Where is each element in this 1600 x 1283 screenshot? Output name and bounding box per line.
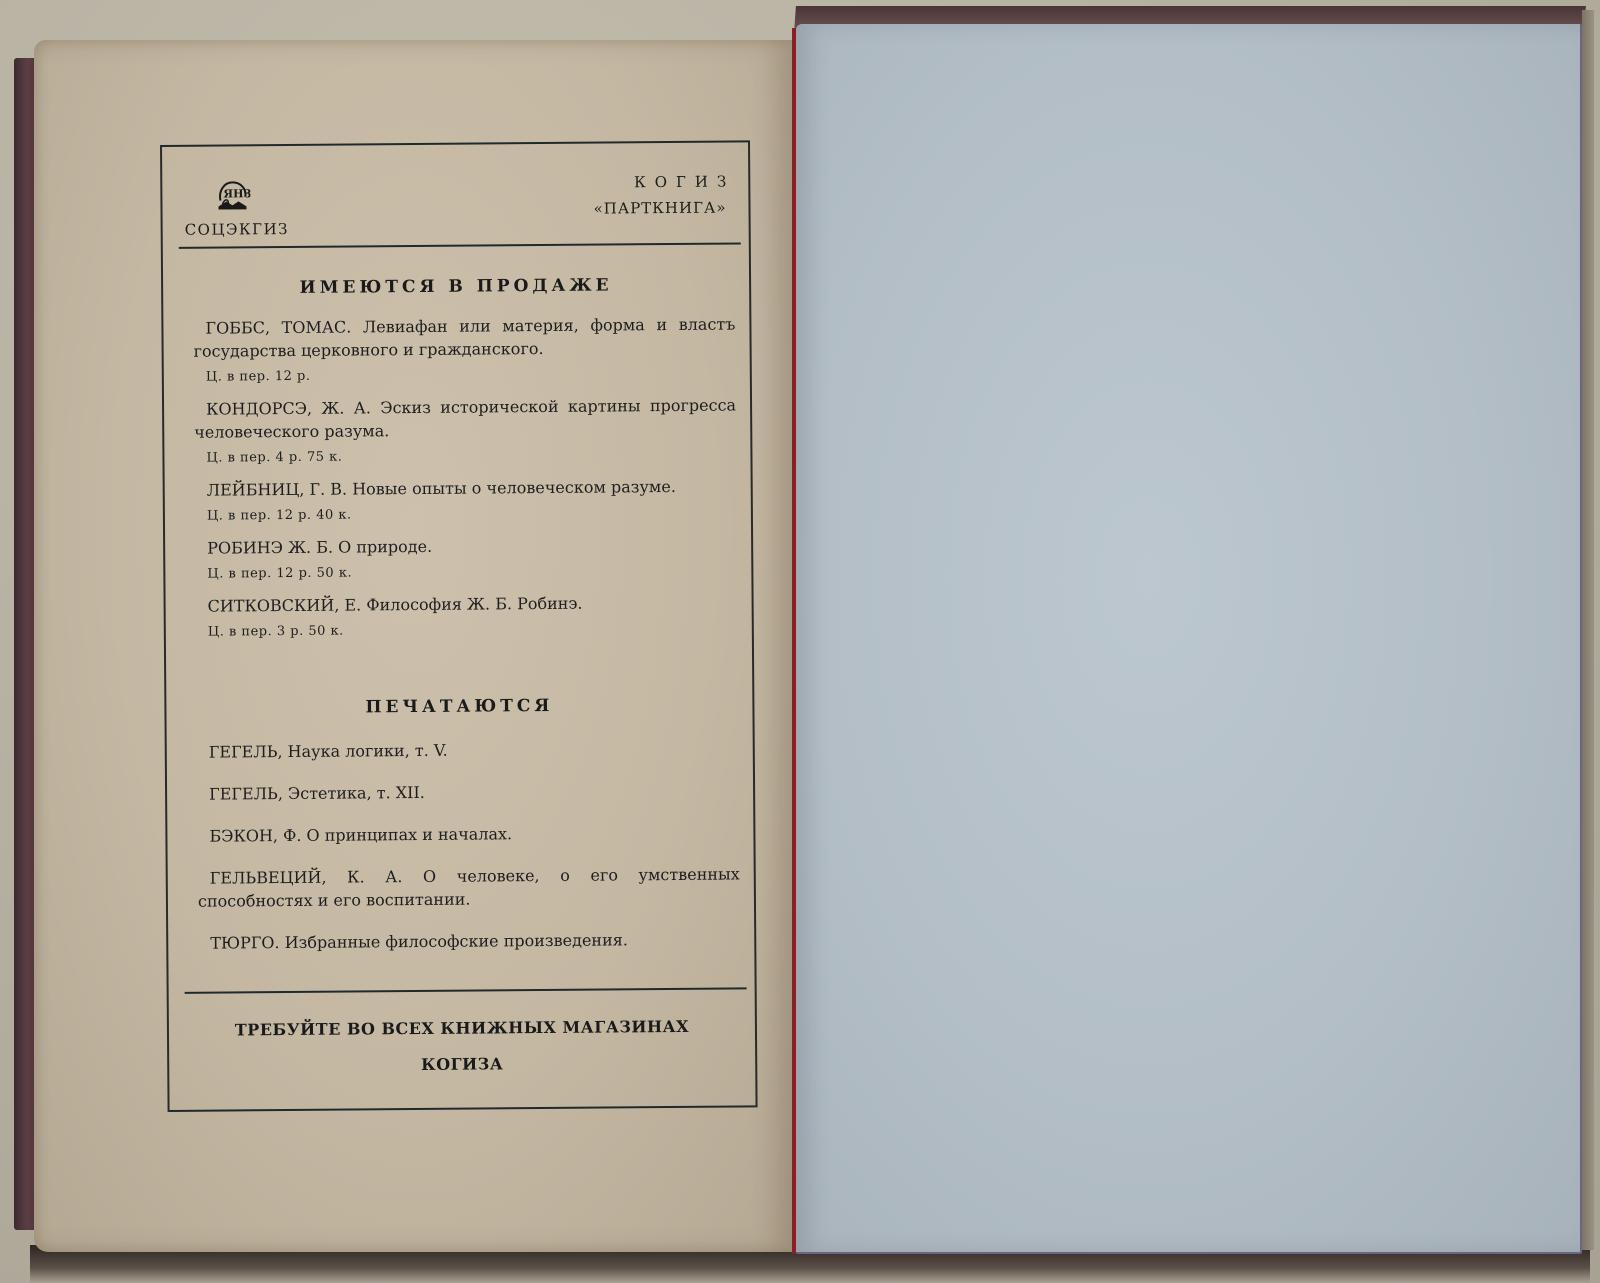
book-entry-title: ЛЕЙБНИЦ, Г. В. Новые опыты о человеческо… [195,474,737,501]
book-entry: ЛЕЙБНИЦ, Г. В. Новые опыты о человеческо… [195,474,737,523]
book-entry-title: СИТКОВСКИЙ, Е. Философия Ж. Б. Робинэ. [196,590,738,617]
frame-bottom-rule [170,1105,756,1112]
book-entry: ТЮРГО. Избранные философские произведени… [198,927,740,954]
book-entry-title: БЭКОН, Ф. О принципах и началах. [197,820,739,847]
svg-text:ЯНЗ: ЯНЗ [223,187,250,200]
book-entry-title: РОБИНЭ Ж. Б. О природе. [195,532,737,559]
footer-slogan: ТРЕБУЙТЕ ВО ВСЕХ КНИЖНЫХ МАГАЗИНАХ [169,1016,755,1040]
book-entry-price: Ц. в пер. 12 р. [206,365,736,384]
book-entry-price: Ц. в пер. 12 р. 40 к. [207,504,737,523]
book-entry: СИТКОВСКИЙ, Е. Философия Ж. Б. Робинэ. Ц… [196,590,738,639]
publisher-left-block: ЯНЗ СОЦЭКГИЗ [184,178,280,239]
book-entry: ГОББС, ТОМАС. Левиафан или материя, форм… [193,312,736,384]
in-stock-list: ГОББС, ТОМАС. Левиафан или материя, форм… [193,312,738,652]
book-entry-title: ГОББС, ТОМАС. Левиафан или материя, форм… [193,312,735,362]
footer-top-rule [185,987,747,993]
book-entry-title: ТЮРГО. Избранные философские произведени… [198,927,740,954]
publisher-name-kogiz: КОГИЗ [593,172,735,191]
book-entry-price: Ц. в пер. 3 р. 50 к. [208,620,738,639]
book-entry: БЭКОН, Ф. О принципах и началах. [197,820,739,847]
right-page-blank [796,24,1582,1254]
section-title-in-stock: ИМЕЮТСЯ В ПРОДАЖЕ [163,274,749,299]
book-entry: ГЕГЕЛЬ, Эстетика, т. XII. [197,778,739,805]
publisher-advertisement-frame: ЯНЗ СОЦЭКГИЗ КОГИЗ «ПАРТКНИГА» ИМЕЮТСЯ В… [160,140,758,1112]
in-print-list: ГЕГЕЛЬ, Наука логики, т. V. ГЕГЕЛЬ, Эсте… [197,736,741,967]
footer-kogiza: КОГИЗА [169,1052,755,1076]
book-entry: РОБИНЭ Ж. Б. О природе. Ц. в пер. 12 р. … [195,532,737,581]
publisher-right-block: КОГИЗ «ПАРТКНИГА» [593,173,726,218]
book-entry-price: Ц. в пер. 4 р. 75 к. [206,446,736,465]
publisher-name-socekgiz: СОЦЭКГИЗ [185,220,281,239]
left-page: ЯНЗ СОЦЭКГИЗ КОГИЗ «ПАРТКНИГА» ИМЕЮТСЯ В… [34,40,794,1252]
book-entry: ГЕЛЬВЕЦИЙ, К. А. О человеке, о его умств… [198,862,740,912]
header-bottom-rule [179,242,741,248]
book-cover-right-edge [1582,10,1594,1250]
socekgiz-emblem-icon: ЯНЗ [214,178,250,212]
book-entry-title: ГЕГЕЛЬ, Наука логики, т. V. [197,736,739,763]
section-title-in-print: ПЕЧАТАЮТСЯ [166,694,752,719]
book-entry-title: ГЕЛЬВЕЦИЙ, К. А. О человеке, о его умств… [198,862,740,912]
frame-top-rule [162,140,748,147]
book-entry: ГЕГЕЛЬ, Наука логики, т. V. [197,736,739,763]
book-entry: КОНДОРСЭ, Ж. А. Эскиз исторической карти… [194,393,737,465]
book-entry-title: ГЕГЕЛЬ, Эстетика, т. XII. [197,778,739,805]
book-entry-title: КОНДОРСЭ, Ж. А. Эскиз исторической карти… [194,393,736,443]
publisher-name-partkniga: «ПАРТКНИГА» [593,199,726,218]
book-entry-price: Ц. в пер. 12 р. 50 к. [207,562,737,581]
